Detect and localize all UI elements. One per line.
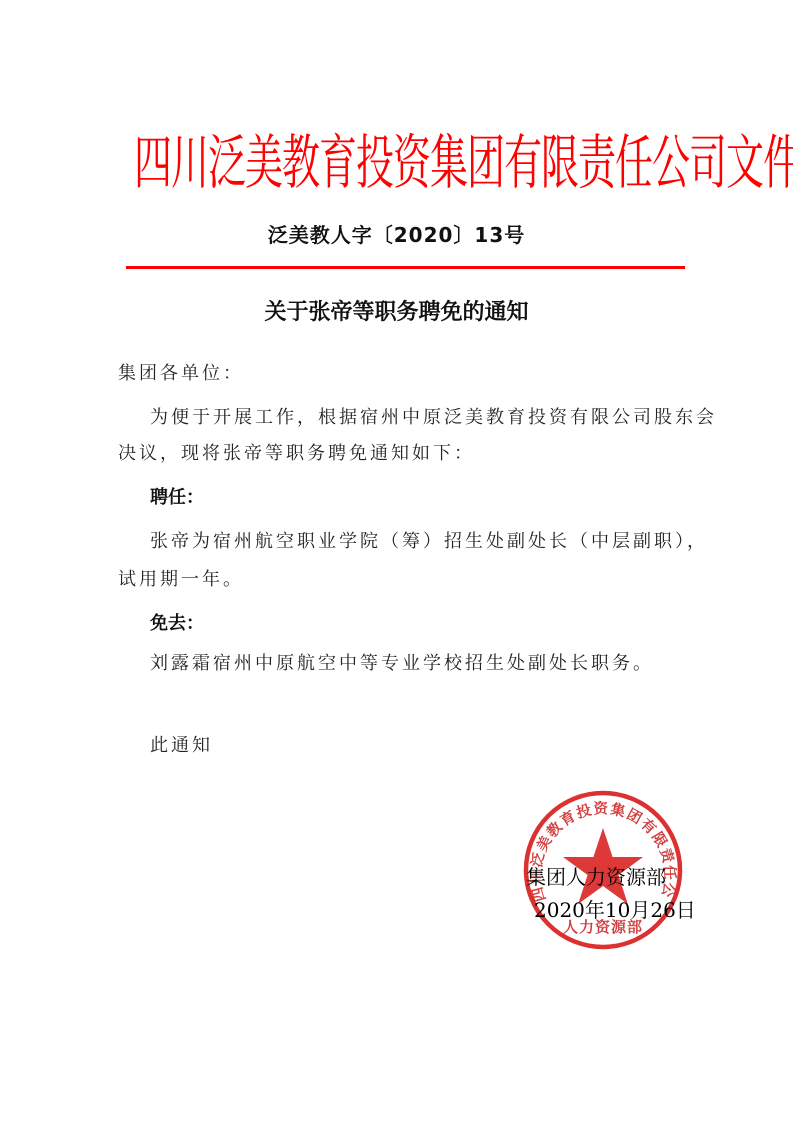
appoint-heading: 聘任： bbox=[150, 484, 204, 512]
closing-text: 此通知 bbox=[150, 732, 213, 760]
red-header-title: 四川泛美教育投资集团有限责任公司文件 bbox=[134, 109, 662, 218]
notice-title: 关于张帝等职务聘免的通知 bbox=[0, 298, 793, 328]
appoint-paragraph-line-2: 试用期一年。 bbox=[118, 566, 244, 594]
salutation: 集团各单位： bbox=[118, 360, 244, 388]
document-number: 泛美教人字〔2020〕13号 bbox=[0, 220, 793, 250]
signatory: 集团人力资源部 bbox=[526, 864, 666, 890]
dismiss-paragraph-line-1: 刘露霜宿州中原航空中等专业学校招生处副处长职务。 bbox=[150, 650, 654, 678]
document-page: 四川泛美教育投资集团有限责任公司文件 泛美教人字〔2020〕13号 关于张帝等职… bbox=[0, 0, 793, 1122]
intro-paragraph-line-1: 为便于开展工作，根据宿州中原泛美教育投资有限公司股东会 bbox=[150, 404, 717, 432]
appoint-paragraph-line-1: 张帝为宿州航空职业学院（筹）招生处副处长（中层副职）， bbox=[150, 528, 708, 556]
intro-paragraph-line-2: 决议，现将张帝等职务聘免通知如下： bbox=[118, 440, 475, 468]
issue-date: 2020年10月26日 bbox=[534, 897, 696, 923]
red-divider-rule bbox=[126, 266, 685, 269]
dismiss-heading: 免去： bbox=[150, 610, 204, 638]
